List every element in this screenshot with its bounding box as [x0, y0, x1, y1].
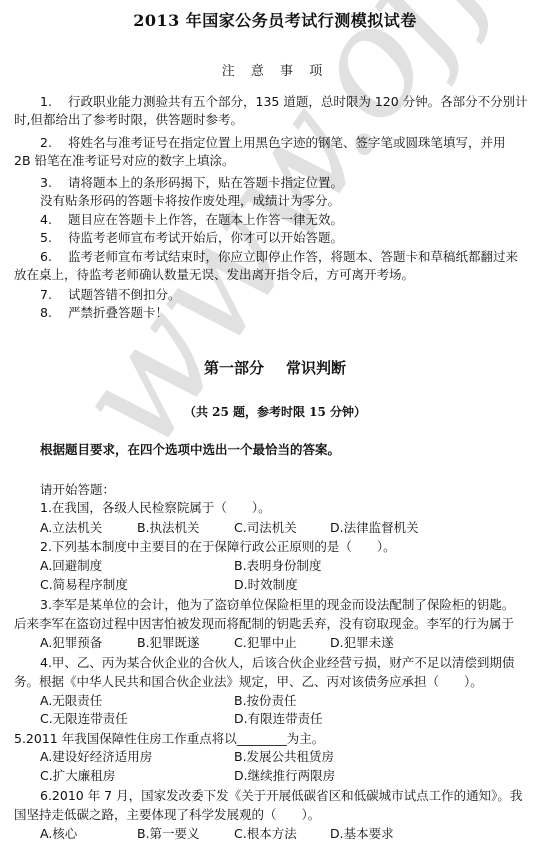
- question-3-option-a: A.犯罪预备: [40, 634, 102, 652]
- notice-7: 7.试题答错不倒扣分。: [40, 286, 181, 304]
- document-title: 2013 年国家公务员考试行测模拟试卷: [0, 8, 550, 31]
- question-3-stem: 3.李军是某单位的会计，他为了盗窃单位保险柜里的现金而设法配制了保险柜的钥匙。: [40, 596, 514, 614]
- section-instruction: 根据题目要求，在四个选项中选出一个最恰当的答案。: [40, 440, 340, 458]
- notice-3: 3.请将题本上的条形码揭下，贴在答题卡指定位置。: [40, 174, 343, 192]
- notice-6: 6.监考老师宣布考试结束时，你应立即停止作答，将题本、答题卡和草稿纸都翻过来: [40, 248, 518, 266]
- question-3-option-c: C.犯罪中止: [234, 634, 297, 652]
- question-2-option-d: D.时效制度: [234, 576, 298, 594]
- question-4-stem: 4.甲、乙、丙为某合伙企业的合伙人，后该合伙企业经营亏损，财产不足以清偿到期债: [40, 654, 514, 672]
- question-5-option-d: D.继续推行两限房: [234, 767, 335, 785]
- notice-5: 5.待监考老师宣布考试开始后，你才可以开始答题。: [40, 229, 343, 247]
- notice-6-cont: 放在桌上，待监考老师确认数量无误、发出离开指令后，方可离开考场。: [14, 266, 414, 284]
- notice-1-cont: 时,但都给出了参考时限，供答题时参考。: [14, 111, 243, 129]
- question-5-option-c: C.扩大廉租房: [40, 767, 115, 785]
- start-prompt: 请开始答题：: [40, 481, 115, 499]
- question-1-option-a: A.立法机关: [40, 519, 102, 537]
- section-subtitle: （共 25 题，参考时限 15 分钟）: [0, 403, 550, 420]
- question-4-option-d: D.有限连带责任: [234, 710, 323, 728]
- question-4-option-c: C.无限连带责任: [40, 710, 128, 728]
- question-6-stem-cont: 国坚持走低碳之路，主要体现了科学发展观的（ ）。: [14, 806, 320, 824]
- notice-8: 8.严禁折叠答题卡！: [40, 304, 168, 322]
- question-5-option-a: A.建设好经济适用房: [40, 748, 152, 766]
- notice-2-cont: 2B 铅笔在准考证号对应的数字上填涂。: [14, 152, 235, 170]
- question-6-option-a: A.核心: [40, 825, 77, 843]
- notice-2: 2.将姓名与准考证号在指定位置上用黑色字迹的钢笔、签字笔或圆珠笔填写，并用: [40, 134, 506, 152]
- question-1-option-c: C.司法机关: [234, 519, 297, 537]
- notice-3-cont: 没有贴条形码的答题卡将按作废处理，成绩计为零分。: [40, 192, 340, 210]
- notice-heading: 注 意 事 项: [0, 60, 550, 79]
- question-2-stem: 2.下列基本制度中主要目的在于保障行政公正原则的是（ ）。: [40, 538, 396, 556]
- question-6-option-c: C.根本方法: [234, 825, 297, 843]
- notice-4: 4.题目应在答题卡上作答，在题本上作答一律无效。: [40, 211, 343, 229]
- section-title: 第一部分常识判断: [0, 357, 550, 378]
- question-5-option-b: B.发展公共租赁房: [234, 748, 334, 766]
- question-3-option-d: D.犯罪未遂: [330, 634, 394, 652]
- exam-page: www.offcn.com 2013 年国家公务员考试行测模拟试卷 注 意 事 …: [0, 0, 550, 846]
- question-6-option-b: B.第一要义: [137, 825, 200, 843]
- question-6-option-d: D.基本要求: [330, 825, 394, 843]
- question-5-stem: 5.2011 年我国保障性住房工作重点将以________为主。: [14, 730, 324, 748]
- question-3-stem-cont: 后来李军在盗窃过程中因害怕被发现而将配制的钥匙丢弃，没有窃取现金。李军的行为属于: [14, 615, 514, 633]
- question-2-option-b: B.表明身份制度: [234, 557, 322, 575]
- question-1-option-d: D.法律监督机关: [330, 519, 419, 537]
- question-3-option-b: B.犯罪既遂: [137, 634, 200, 652]
- question-6-stem: 6.2010 年 7 月，国家发改委下发《关于开展低碳省区和低碳城市试点工作的通…: [40, 787, 522, 805]
- question-2-option-a: A.回避制度: [40, 557, 102, 575]
- question-2-option-c: C.简易程序制度: [40, 576, 128, 594]
- notice-1: 1.行政职业能力测验共有五个部分，135 道题，总时限为 120 分钟。各部分不…: [40, 93, 528, 111]
- question-4-option-b: B.按份责任: [234, 692, 297, 710]
- question-1-stem: 1.在我国，各级人民检察院属于（ ）。: [40, 499, 271, 517]
- question-4-stem-cont: 务。根据《中华人民共和国合伙企业法》规定，甲、乙、丙对该债务应承担（ ）。: [14, 673, 483, 691]
- question-4-option-a: A.无限责任: [40, 692, 102, 710]
- question-1-option-b: B.执法机关: [137, 519, 200, 537]
